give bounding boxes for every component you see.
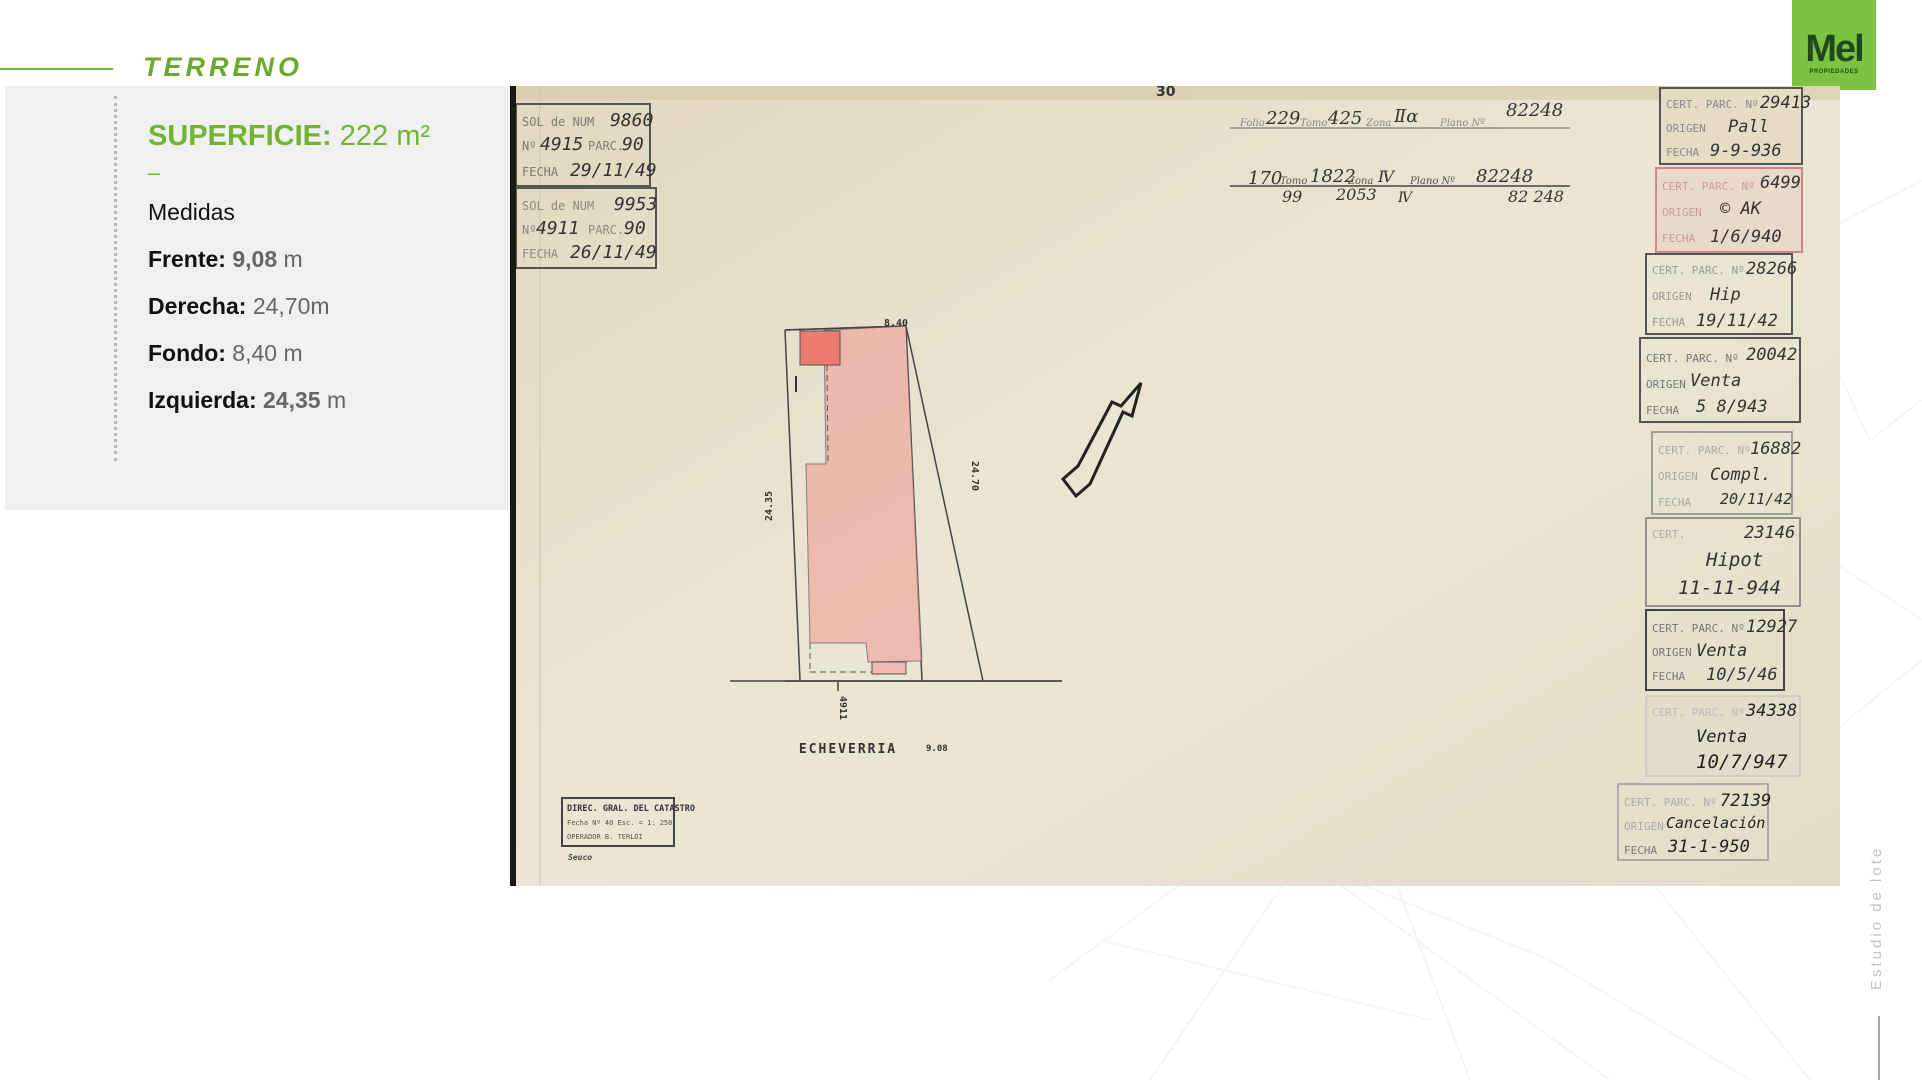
svg-text:Seuco: Seuco xyxy=(568,853,592,862)
measure-unit: m xyxy=(321,387,347,413)
measure-derecha: Derecha: 24,70m xyxy=(148,292,430,320)
svg-text:19/11/42: 19/11/42 xyxy=(1696,311,1778,331)
title-rule xyxy=(0,68,113,70)
dotted-divider xyxy=(114,96,117,461)
svg-text:FECHA: FECHA xyxy=(1624,844,1657,857)
svg-text:1/6/940: 1/6/940 xyxy=(1710,227,1782,247)
measures-heading: Medidas xyxy=(148,198,430,226)
svg-text:ORIGEN: ORIGEN xyxy=(1652,290,1692,303)
svg-text:CERT. PARC. Nº: CERT. PARC. Nº xyxy=(1658,444,1751,457)
svg-text:ORIGEN: ORIGEN xyxy=(1652,646,1692,659)
svg-text:Ⅱα: Ⅱα xyxy=(1393,106,1418,127)
svg-text:229: 229 xyxy=(1265,108,1300,129)
svg-text:Plano Nº: Plano Nº xyxy=(1439,118,1485,129)
surface-area: SUPERFICIE: 222 m² xyxy=(148,118,430,154)
svg-text:ORIGEN: ORIGEN xyxy=(1646,378,1686,391)
svg-text:Pall: Pall xyxy=(1728,117,1769,137)
svg-text:Ⅳ: Ⅳ xyxy=(1377,167,1396,186)
separator-dash: – xyxy=(148,162,430,184)
surface-value: 222 m² xyxy=(340,120,430,152)
svg-text:Hipot: Hipot xyxy=(1705,549,1763,571)
dim-right: 24.70 xyxy=(969,461,980,491)
svg-text:Folio: Folio xyxy=(1239,118,1265,129)
svg-text:ORIGEN: ORIGEN xyxy=(1624,820,1664,833)
street-name: ECHEVERRIA xyxy=(799,742,897,757)
svg-text:Compl.: Compl. xyxy=(1710,465,1771,485)
measure-label: Izquierda: xyxy=(148,387,257,413)
svg-text:FECHA: FECHA xyxy=(1658,496,1691,509)
svg-text:PARC.: PARC. xyxy=(588,139,624,153)
cert-stamp: CERT. PARC. Nº 34338 Venta 10/7/947 xyxy=(1646,696,1800,776)
side-label: Estudio de lote xyxy=(1868,846,1885,990)
side-rule xyxy=(1878,1016,1880,1080)
svg-text:Ⅳ: Ⅳ xyxy=(1397,190,1414,206)
svg-text:SOL de NUM: SOL de NUM xyxy=(522,199,594,213)
svg-text:Venta: Venta xyxy=(1696,641,1747,661)
svg-text:5 8/943: 5 8/943 xyxy=(1696,397,1768,417)
svg-text:90: 90 xyxy=(622,134,644,155)
brand-logo[interactable]: Mel PROPIEDADES xyxy=(1792,0,1876,90)
measure-value: 24,35 xyxy=(263,387,321,413)
lot-info-content: SUPERFICIE: 222 m² – Medidas Frente: 9,0… xyxy=(148,118,430,414)
svg-text:99: 99 xyxy=(1282,187,1302,206)
svg-text:FECHA: FECHA xyxy=(1666,146,1699,159)
svg-text:ORIGEN: ORIGEN xyxy=(1662,206,1702,219)
svg-text:6499: 6499 xyxy=(1760,173,1801,193)
svg-text:12927: 12927 xyxy=(1746,617,1798,637)
cadastral-plan-drawing: 30 SOL de NUM 9860 Nº 4915 PARC. 90 FECH… xyxy=(510,86,1840,886)
svg-text:OPERADOR B. TERLDI: OPERADOR B. TERLDI xyxy=(567,833,643,841)
svg-text:PARC.: PARC. xyxy=(588,223,624,237)
svg-text:11-11-944: 11-11-944 xyxy=(1678,577,1781,599)
cert-stamp: CERT. PARC. Nº 6499 ORIGEN © AK FECHA 1/… xyxy=(1656,168,1802,252)
svg-text:10/5/46: 10/5/46 xyxy=(1706,665,1778,685)
svg-text:4911: 4911 xyxy=(536,218,579,239)
scan-edge xyxy=(510,86,516,886)
cert-stamp: CERT. PARC. Nº 72139 ORIGEN Cancelación … xyxy=(1618,784,1771,860)
measure-label: Derecha: xyxy=(148,293,246,319)
svg-text:Venta: Venta xyxy=(1690,371,1741,391)
svg-text:FECHA: FECHA xyxy=(1652,670,1685,683)
lot-number: 4911 xyxy=(837,696,848,720)
svg-text:FECHA: FECHA xyxy=(522,247,559,261)
svg-text:FECHA: FECHA xyxy=(1646,404,1679,417)
svg-text:29/11/49: 29/11/49 xyxy=(570,160,657,181)
logo-subtitle: PROPIEDADES xyxy=(1809,69,1858,75)
svg-text:Nº: Nº xyxy=(522,139,536,153)
svg-text:4915: 4915 xyxy=(540,134,583,155)
svg-text:29413: 29413 xyxy=(1760,93,1811,113)
svg-text:CERT. PARC. Nº: CERT. PARC. Nº xyxy=(1646,352,1739,365)
svg-text:Nº: Nº xyxy=(522,223,536,237)
measure-frente: Frente: 9,08 m xyxy=(148,245,430,273)
svg-text:9-9-936: 9-9-936 xyxy=(1710,141,1782,161)
measure-label: Frente: xyxy=(148,246,226,272)
svg-text:20/11/42: 20/11/42 xyxy=(1720,490,1792,508)
svg-text:CERT. PARC. Nº: CERT. PARC. Nº xyxy=(1666,98,1759,111)
measure-izquierda: Izquierda: 24,35 m xyxy=(148,386,430,414)
svg-text:Cancelación: Cancelación xyxy=(1666,814,1765,832)
svg-text:23146: 23146 xyxy=(1744,523,1795,543)
svg-text:CERT. PARC. Nº: CERT. PARC. Nº xyxy=(1652,264,1745,277)
svg-text:ORIGEN: ORIGEN xyxy=(1666,122,1706,135)
cert-stamp: CERT. PARC. Nº 29413 ORIGEN Pall FECHA 9… xyxy=(1660,88,1811,164)
svg-text:FECHA: FECHA xyxy=(1652,316,1685,329)
svg-text:82 248: 82 248 xyxy=(1508,187,1564,206)
svg-text:72139: 72139 xyxy=(1720,791,1771,811)
dim-left: 24.35 xyxy=(764,491,775,521)
svg-text:Hip: Hip xyxy=(1709,285,1741,305)
svg-text:31-1-950: 31-1-950 xyxy=(1667,837,1750,857)
svg-text:Fecha Nº 40 Esc. = 1: 250: Fecha Nº 40 Esc. = 1: 250 xyxy=(567,819,672,827)
svg-text:CERT.: CERT. xyxy=(1652,528,1685,541)
street-number: 9.08 xyxy=(926,744,948,754)
svg-text:9860: 9860 xyxy=(610,110,653,131)
svg-text:FECHA: FECHA xyxy=(1662,232,1695,245)
svg-text:26/11/49: 26/11/49 xyxy=(570,242,657,263)
svg-text:Tomo: Tomo xyxy=(1300,118,1327,129)
svg-text:CERT. PARC. Nº: CERT. PARC. Nº xyxy=(1652,622,1745,635)
logo-name: Mel xyxy=(1805,30,1862,68)
section-title: TERRENO xyxy=(143,52,303,83)
svg-text:28266: 28266 xyxy=(1746,259,1797,279)
svg-text:9953: 9953 xyxy=(614,194,657,215)
svg-text:Zona: Zona xyxy=(1365,118,1391,129)
svg-text:CERT. PARC. Nº: CERT. PARC. Nº xyxy=(1662,180,1755,193)
svg-text:82248: 82248 xyxy=(1476,166,1533,187)
measure-unit: m xyxy=(277,246,303,272)
svg-text:SOL de NUM: SOL de NUM xyxy=(522,115,594,129)
measure-value: 8,40 m xyxy=(232,340,302,366)
surface-label: SUPERFICIE: xyxy=(148,120,332,152)
page-number: 30 xyxy=(1156,86,1176,100)
svg-text:82248: 82248 xyxy=(1506,100,1563,121)
svg-text:2053: 2053 xyxy=(1335,185,1377,204)
measure-fondo: Fondo: 8,40 m xyxy=(148,339,430,367)
svg-text:ORIGEN: ORIGEN xyxy=(1658,470,1698,483)
svg-text:FECHA: FECHA xyxy=(522,165,559,179)
measure-value: 9,08 xyxy=(232,246,277,272)
measure-label: Fondo: xyxy=(148,340,226,366)
svg-text:CERT. PARC. Nº: CERT. PARC. Nº xyxy=(1624,796,1717,809)
lot-info-panel: SUPERFICIE: 222 m² – Medidas Frente: 9,0… xyxy=(5,86,510,510)
svg-text:34338: 34338 xyxy=(1745,701,1797,721)
svg-text:20042: 20042 xyxy=(1746,345,1797,365)
svg-text:Venta: Venta xyxy=(1696,727,1747,747)
svg-text:CERT. PARC. Nº: CERT. PARC. Nº xyxy=(1652,706,1745,719)
svg-text:425: 425 xyxy=(1327,108,1362,129)
svg-text:DIREC. GRAL. DEL CATASTRO: DIREC. GRAL. DEL CATASTRO xyxy=(567,804,695,814)
svg-text:90: 90 xyxy=(624,218,646,239)
dim-top: 8.40 xyxy=(884,318,908,329)
svg-text:© AK: © AK xyxy=(1720,199,1763,219)
cadastral-plan-image[interactable]: 30 SOL de NUM 9860 Nº 4915 PARC. 90 FECH… xyxy=(510,86,1840,886)
measure-value: 24,70m xyxy=(253,293,330,319)
svg-text:16882: 16882 xyxy=(1750,439,1801,459)
svg-text:10/7/947: 10/7/947 xyxy=(1696,751,1788,773)
